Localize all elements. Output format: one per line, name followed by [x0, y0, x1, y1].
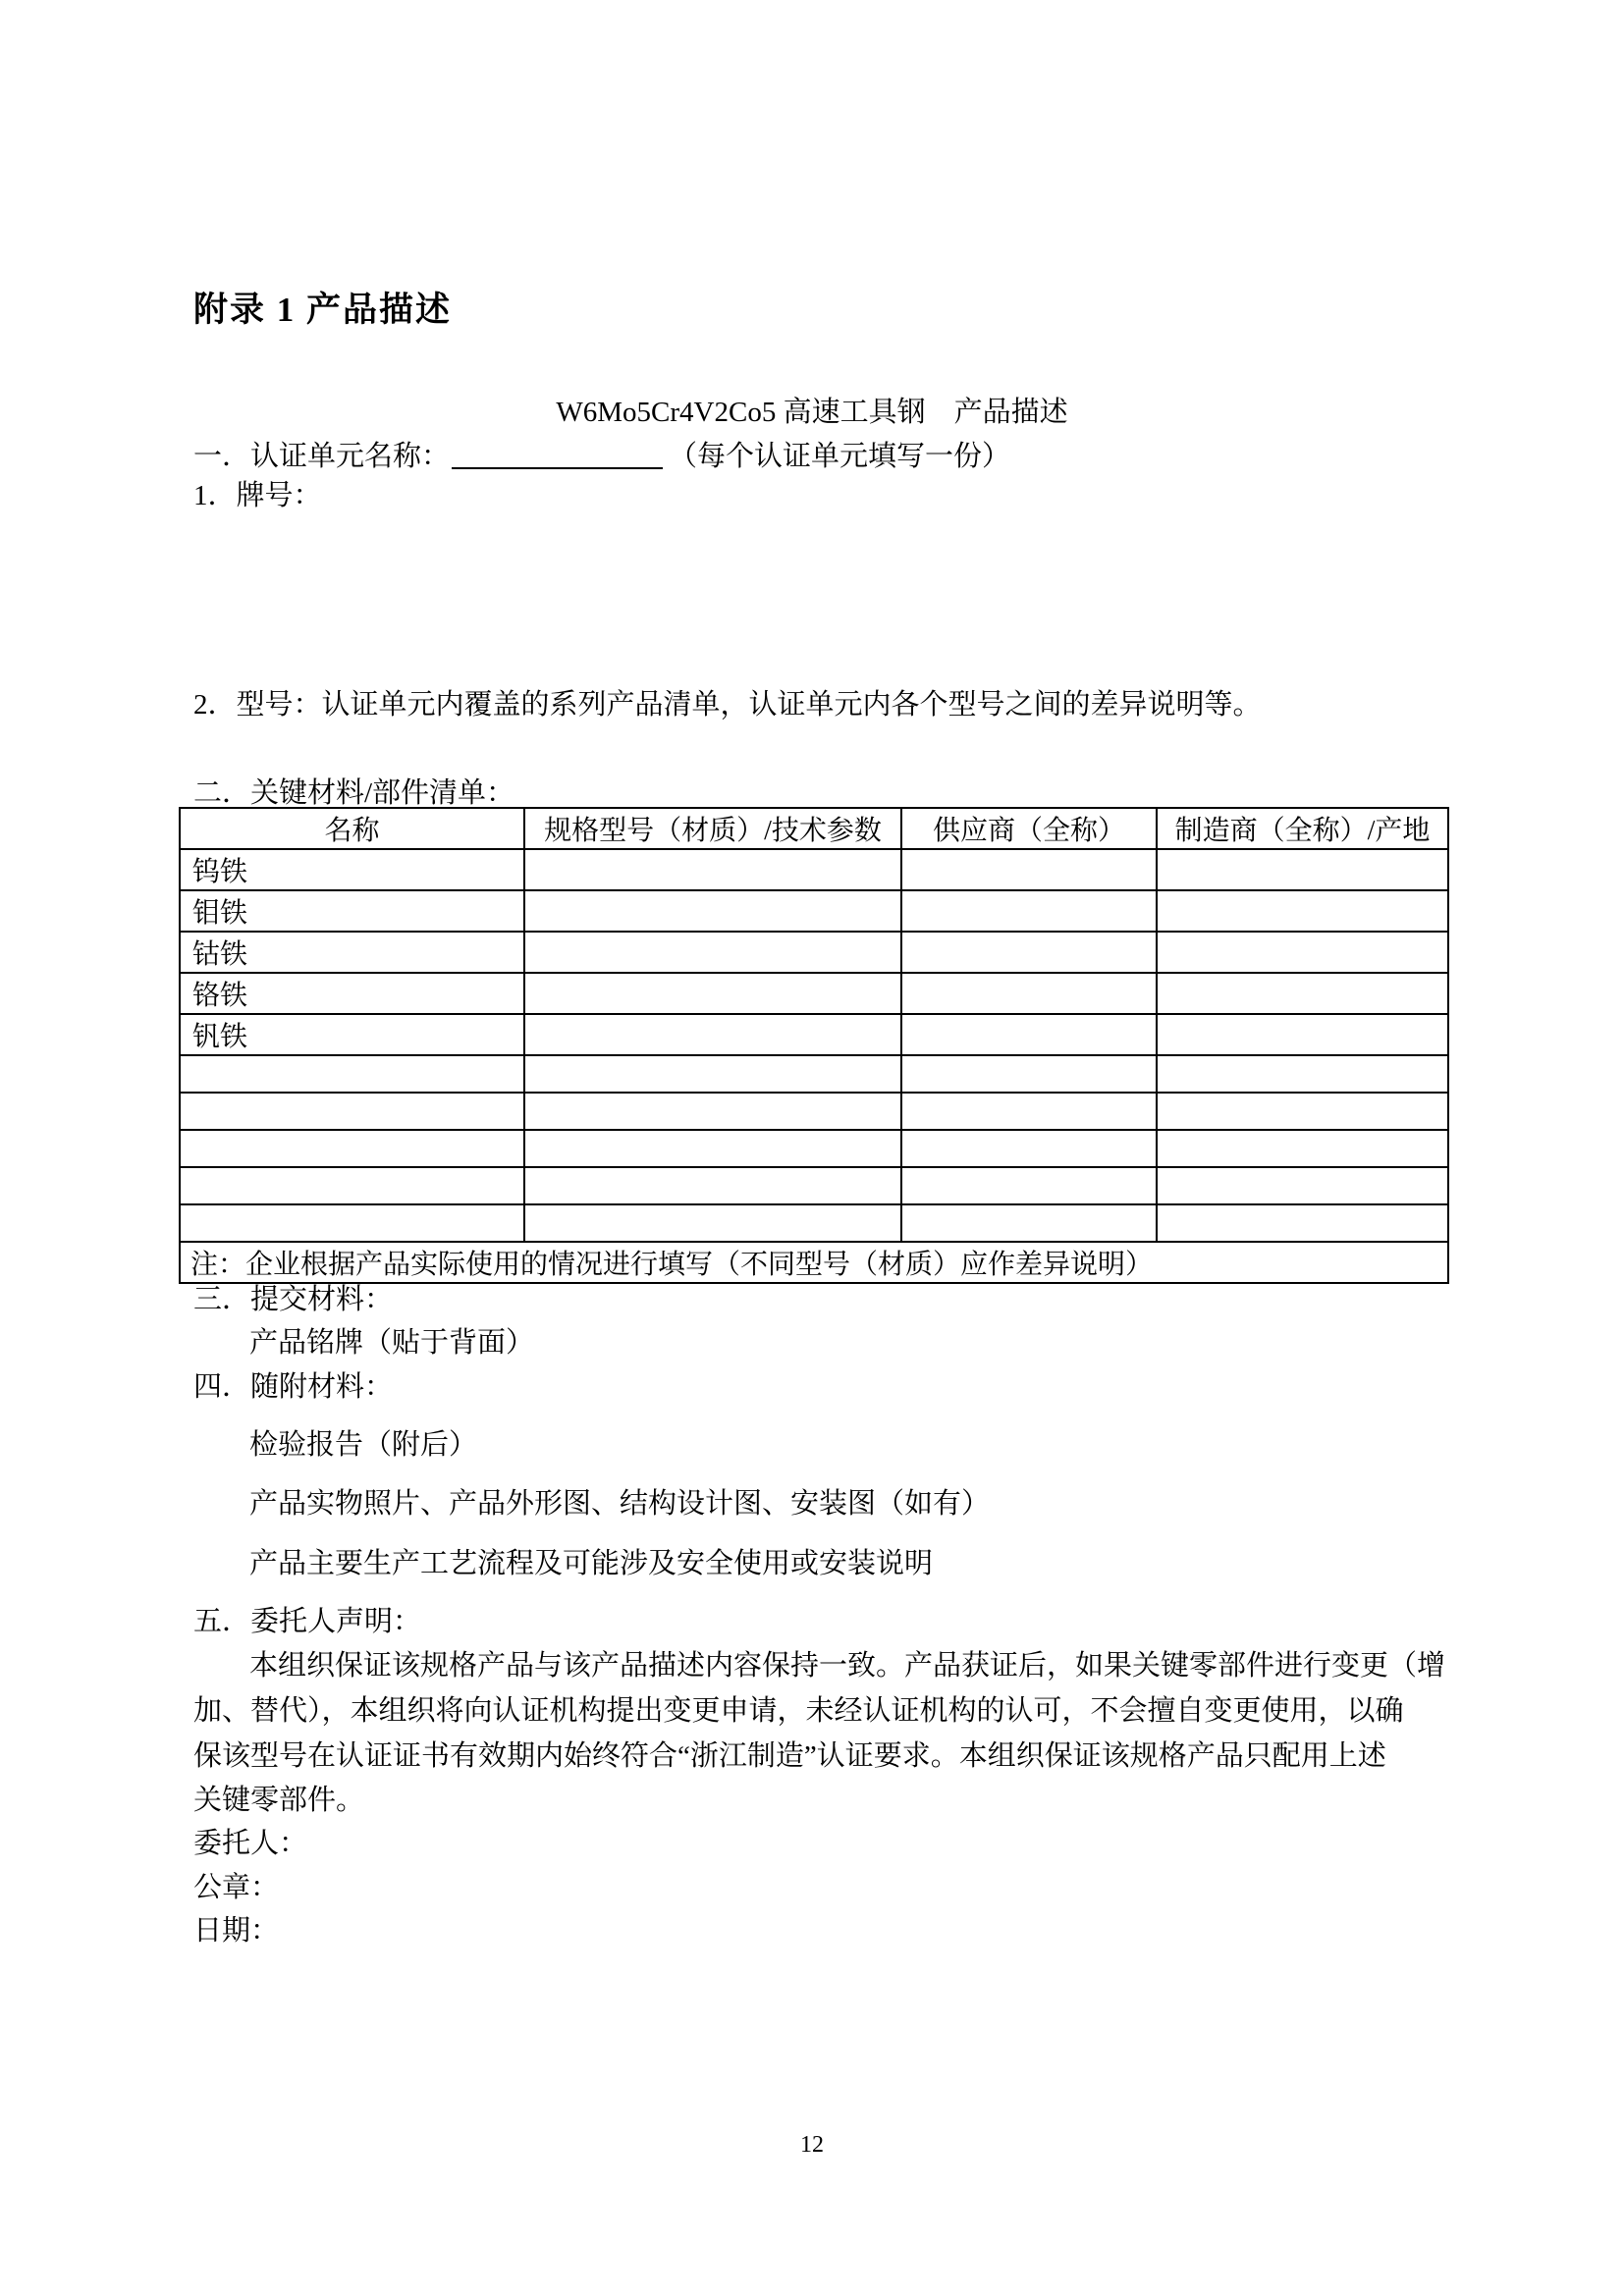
section4-item-inspection-report: 检验报告（附后）: [249, 1429, 477, 1462]
table-cell-empty: [901, 1130, 1157, 1167]
table-cell-empty: [524, 849, 901, 890]
table-cell-empty: [901, 1093, 1157, 1130]
table-cell-empty: [524, 1167, 901, 1204]
section4-label: 四．随附材料：: [193, 1371, 393, 1404]
date-label: 日期：: [193, 1915, 279, 1948]
table-note: 注：企业根据产品实际使用的情况进行填写（不同型号（材质）应作差异说明）: [180, 1242, 1448, 1283]
table-cell-empty: [901, 890, 1157, 932]
unit-name-line: 一．认证单元名称：（每个认证单元填写一份）: [193, 438, 1010, 473]
page-number: 12: [0, 2132, 1624, 2159]
table-cell-empty: [1157, 932, 1448, 973]
header-supplier: 供应商（全称）: [901, 808, 1157, 849]
seal-label: 公章：: [193, 1872, 279, 1904]
table-cell-empty: [1157, 1204, 1448, 1242]
table-cell-empty: [524, 932, 901, 973]
declaration-line: 本组织保证该规格产品与该产品描述内容保持一致。产品获证后，如果关键零部件进行变更…: [249, 1650, 1445, 1682]
table-cell-empty: [1157, 1130, 1448, 1167]
table-row: [180, 1093, 1448, 1130]
unit-name-suffix: （每个认证单元填写一份）: [669, 441, 1010, 472]
section2-label: 二．关键材料/部件清单：: [193, 777, 514, 810]
header-name: 名称: [180, 808, 524, 849]
table-cell-empty: [901, 973, 1157, 1014]
table-cell-empty: [1157, 973, 1448, 1014]
table-cell-empty: [524, 890, 901, 932]
table-note-row: 注：企业根据产品实际使用的情况进行填写（不同型号（材质）应作差异说明）: [180, 1242, 1448, 1283]
table-row: [180, 1055, 1448, 1093]
declaration-line: 加、替代），本组织将向认证机构提出变更申请，未经认证机构的认可，不会擅自变更使用…: [193, 1695, 1404, 1728]
table-cell-empty: [1157, 1167, 1448, 1204]
table-cell-empty: [524, 1014, 901, 1055]
table-cell-empty: [524, 1093, 901, 1130]
table-header-row: 名称 规格型号（材质）/技术参数 供应商（全称） 制造商（全称）/产地: [180, 808, 1448, 849]
table-cell-empty: [1157, 1014, 1448, 1055]
table-row: 钨铁: [180, 849, 1448, 890]
table-cell-empty: [901, 1167, 1157, 1204]
material-name: [180, 1130, 524, 1167]
material-name: [180, 1167, 524, 1204]
item-model: 2．型号：认证单元内覆盖的系列产品清单，认证单元内各个型号之间的差异说明等。: [193, 689, 1262, 721]
table-row: 钒铁: [180, 1014, 1448, 1055]
section4-item-process-description: 产品主要生产工艺流程及可能涉及安全使用或安装说明: [249, 1548, 933, 1580]
table-row: [180, 1130, 1448, 1167]
section3-label: 三．提交材料：: [193, 1284, 393, 1316]
table-row: 钴铁: [180, 932, 1448, 973]
unit-name-label: 一．认证单元名称：: [193, 441, 450, 472]
item-brand: 1．牌号：: [193, 480, 322, 512]
section5-label: 五．委托人声明：: [193, 1606, 421, 1638]
material-name: [180, 1204, 524, 1242]
material-name: 钨铁: [180, 849, 524, 890]
page-title: 附录 1 产品描述: [193, 283, 452, 332]
material-name: [180, 1055, 524, 1093]
key-materials-table: 名称 规格型号（材质）/技术参数 供应商（全称） 制造商（全称）/产地 钨铁 钼…: [179, 807, 1449, 1284]
product-subtitle: W6Mo5Cr4V2Co5 高速工具钢 产品描述: [0, 397, 1624, 429]
table-cell-empty: [1157, 1055, 1448, 1093]
header-spec: 规格型号（材质）/技术参数: [524, 808, 901, 849]
material-name: 钒铁: [180, 1014, 524, 1055]
section3-item-nameplate: 产品铭牌（贴于背面）: [249, 1327, 534, 1360]
header-manufacturer: 制造商（全称）/产地: [1157, 808, 1448, 849]
material-name: 钼铁: [180, 890, 524, 932]
material-name: [180, 1093, 524, 1130]
table-cell-empty: [901, 849, 1157, 890]
section4-item-photos-drawings: 产品实物照片、产品外形图、结构设计图、安装图（如有）: [249, 1488, 990, 1521]
declaration-line: 保该型号在认证证书有效期内始终符合“浙江制造”认证要求。本组织保证该规格产品只配…: [193, 1740, 1386, 1773]
table-row: 钼铁: [180, 890, 1448, 932]
blank-underline: [452, 438, 663, 469]
document-page: 附录 1 产品描述 W6Mo5Cr4V2Co5 高速工具钢 产品描述 一．认证单…: [0, 0, 1624, 2296]
table-cell-empty: [901, 1204, 1157, 1242]
table-row: [180, 1167, 1448, 1204]
table-row: 铬铁: [180, 973, 1448, 1014]
table-cell-empty: [901, 1055, 1157, 1093]
table-cell-empty: [524, 973, 901, 1014]
table-row: [180, 1204, 1448, 1242]
table-cell-empty: [524, 1204, 901, 1242]
signer-label: 委托人：: [193, 1828, 307, 1860]
material-name: 铬铁: [180, 973, 524, 1014]
table-cell-empty: [1157, 1093, 1448, 1130]
table-cell-empty: [1157, 890, 1448, 932]
table-cell-empty: [901, 932, 1157, 973]
material-name: 钴铁: [180, 932, 524, 973]
table-cell-empty: [1157, 849, 1448, 890]
table-cell-empty: [524, 1130, 901, 1167]
declaration-line: 关键零部件。: [193, 1785, 364, 1817]
table-cell-empty: [901, 1014, 1157, 1055]
table-cell-empty: [524, 1055, 901, 1093]
